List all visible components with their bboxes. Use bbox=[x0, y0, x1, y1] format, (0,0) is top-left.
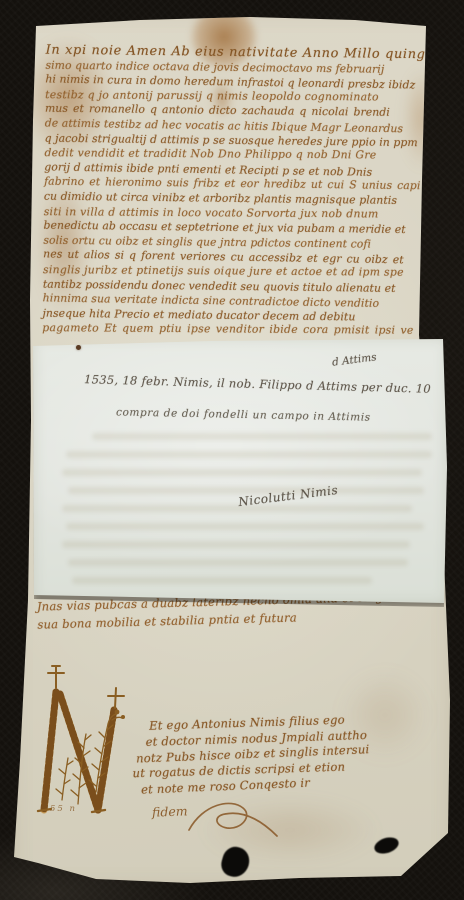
show-through-text bbox=[62, 541, 410, 548]
manuscript-line: siti in villa d attimis in loco vocato S… bbox=[44, 205, 440, 222]
parchment-hole bbox=[372, 835, 400, 857]
notarial-sign-note: 55 n bbox=[50, 804, 77, 814]
show-through-text bbox=[68, 487, 424, 494]
manuscript-line: testibz q jo antonij parussij q nimis le… bbox=[45, 88, 441, 105]
notary-subscription-block: Et ego Antonius Nimis filius ego et doct… bbox=[149, 709, 451, 796]
manuscript-line: pagameto Et quem ptiu ipse venditor ibid… bbox=[42, 321, 438, 338]
slip-annotation: d Attims bbox=[331, 351, 377, 368]
pen-flourish bbox=[185, 792, 285, 847]
show-through-text bbox=[68, 559, 408, 566]
photo-backdrop: In xpi noie Amen Ab eius nativitate Anno… bbox=[0, 0, 464, 900]
show-through-text bbox=[62, 469, 422, 476]
deed-text-block: In xpi noie Amen Ab eius nativitate Anno… bbox=[42, 44, 442, 341]
show-through-text bbox=[66, 523, 424, 530]
ink-fleck bbox=[76, 345, 81, 350]
slip-docket-line2: compra de doi fondelli un campo in Attim… bbox=[116, 406, 371, 423]
show-through-text bbox=[72, 577, 372, 584]
show-through-text bbox=[66, 451, 432, 458]
parchment-hole bbox=[218, 844, 252, 880]
notarial-sign-initial-n bbox=[32, 662, 142, 822]
manuscript-line: singlis juribz et ptinetijs suis oique j… bbox=[43, 263, 439, 280]
show-through-text bbox=[92, 433, 432, 440]
slip-docket-line: 1535, 18 febr. Nimis, il nob. Filippo d … bbox=[84, 372, 431, 396]
show-through-text bbox=[62, 505, 412, 512]
subscription-last-word: fidem bbox=[152, 803, 188, 819]
archivist-slip: d Attims 1535, 18 febr. Nimis, il nob. F… bbox=[32, 337, 448, 605]
